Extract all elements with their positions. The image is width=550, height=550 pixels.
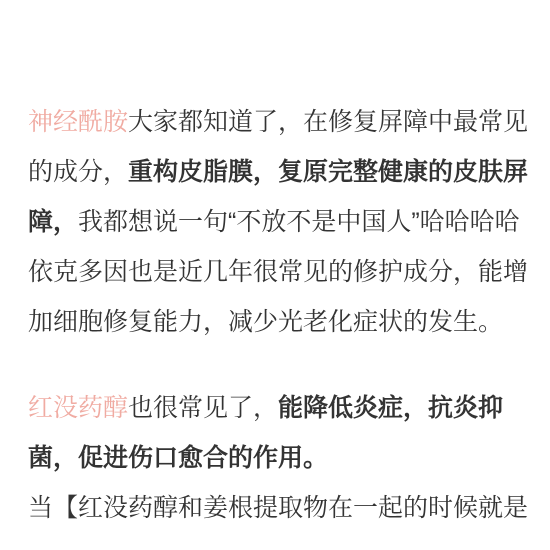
text-run-bold: 重构皮脂膜，复原完整健康的皮肤屏 [128,158,528,186]
text-line: 的成分，重构皮脂膜，复原完整健康的皮肤屏 [28,147,523,197]
ceramide-section: 神经酰胺大家都知道了，在修复屏障中最常见的成分，重构皮脂膜，复原完整健康的皮肤屏… [28,97,523,347]
text-run-accent: 神经酰胺 [28,108,128,136]
text-run-normal: 加细胞修复能力，减少光老化症状的发生。 [28,308,503,336]
text-line: 当【红没药醇和姜根提取物在一起的时候就是 [28,483,523,533]
text-run-normal: 当【红没药醇和姜根提取物在一起的时候就是 [28,494,528,522]
post-text-screenshot: 神经酰胺大家都知道了，在修复屏障中最常见的成分，重构皮脂膜，复原完整健康的皮肤屏… [0,0,550,550]
text-line: 红没药醇也很常见了，能降低炎症，抗炎抑 [28,383,523,433]
text-run-bold: 能降低炎症，抗炎抑 [278,394,503,422]
text-run-normal: 依克多因也是近几年很常见的修护成分，能增 [28,258,528,286]
text-line: 障，我都想说一句“不放不是中国人”哈哈哈哈 [28,197,523,247]
text-run-bold: 障， [28,208,78,236]
text-run-bold: 菌，促进伤口愈合的作用。 [28,444,328,472]
text-line: 依克多因也是近几年很常见的修护成分，能增 [28,247,523,297]
text-line: 神经酰胺大家都知道了，在修复屏障中最常见 [28,97,523,147]
text-run-normal: 大家都知道了，在修复屏障中最常见 [128,108,528,136]
text-line: 加细胞修复能力，减少光老化症状的发生。 [28,297,523,347]
article-body: 神经酰胺大家都知道了，在修复屏障中最常见的成分，重构皮脂膜，复原完整健康的皮肤屏… [0,0,550,533]
text-run-normal: 的成分， [28,158,128,186]
text-line: 菌，促进伤口愈合的作用。 [28,433,523,483]
text-run-accent: 红没药醇 [28,394,128,422]
bisabolol-section: 红没药醇也很常见了，能降低炎症，抗炎抑菌，促进伤口愈合的作用。当【红没药醇和姜根… [28,383,523,533]
text-run-normal: 我都想说一句“不放不是中国人”哈哈哈哈 [78,208,520,236]
text-run-normal: 也很常见了， [128,394,278,422]
